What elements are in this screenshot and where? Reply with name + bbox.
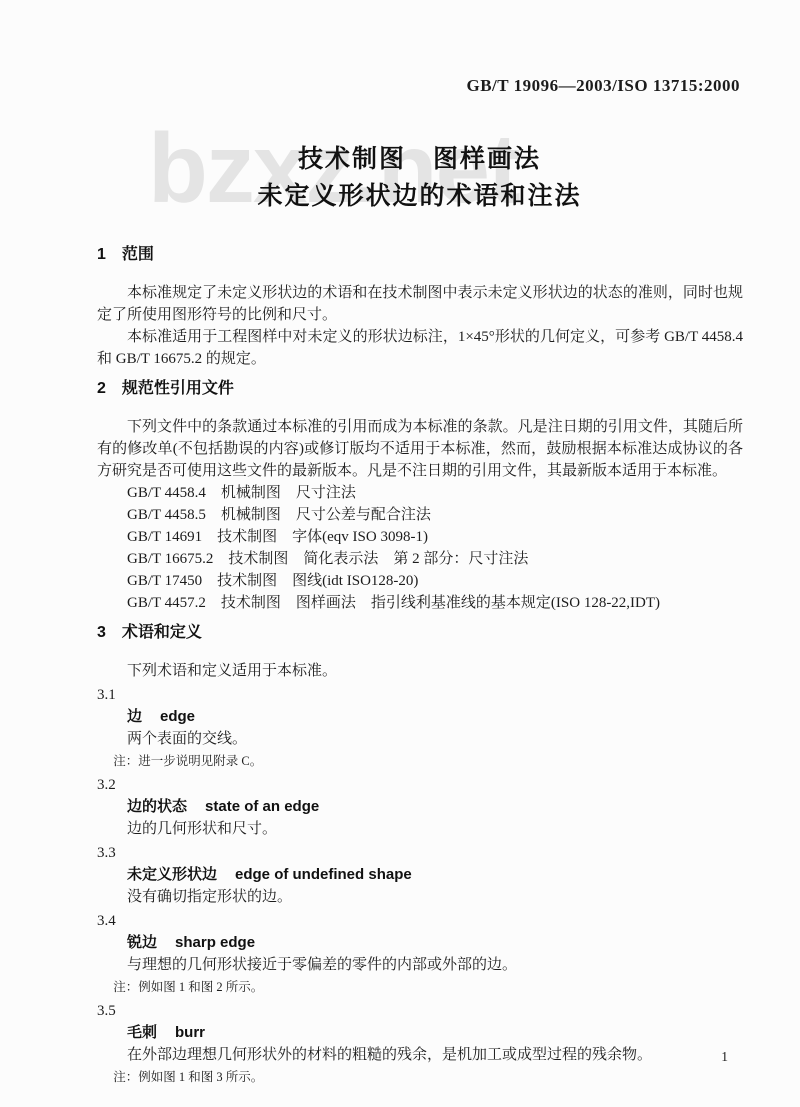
title-line-2: 未定义形状边的术语和注法	[97, 178, 742, 215]
term-name: 边edge	[97, 706, 743, 728]
term-en: edge of undefined shape	[235, 866, 412, 883]
term-zh: 边	[127, 708, 142, 725]
term-number: 3.3	[97, 842, 743, 864]
reference-item: GB/T 4458.5 机械制图 尺寸公差与配合注法	[97, 504, 743, 526]
standard-document-page: bzxz.net GB/T 19096—2003/ISO 13715:2000 …	[0, 0, 800, 1107]
term-zh: 毛刺	[127, 1024, 157, 1041]
reference-item: GB/T 4457.2 技术制图 图样画法 指引线利基准线的基本规定(ISO 1…	[97, 592, 743, 614]
reference-item: GB/T 17450 技术制图 图线(idt ISO128-20)	[97, 570, 743, 592]
term-en: state of an edge	[205, 798, 319, 815]
term-entry-3-5: 3.5 毛刺burr 在外部边理想几何形状外的材料的粗糙的残余，是机加工或成型过…	[97, 1000, 743, 1088]
term-definition: 两个表面的交线。	[97, 728, 743, 750]
term-zh: 锐边	[127, 934, 157, 951]
term-entry-3-3: 3.3 未定义形状边edge of undefined shape 没有确切指定…	[97, 842, 743, 908]
term-note: 注：例如图 1 和图 2 所示。	[97, 976, 743, 998]
standard-number: GB/T 19096—2003/ISO 13715:2000	[467, 76, 741, 96]
section-2-heading: 2 规范性引用文件	[97, 379, 743, 399]
section-1-paragraph-1: 本标准规定了未定义形状边的术语和在技术制图中表示未定义形状边的状态的准则，同时也…	[97, 282, 743, 326]
term-number: 3.1	[97, 684, 743, 706]
term-entry-3-1: 3.1 边edge 两个表面的交线。 注：进一步说明见附录 C。	[97, 684, 743, 772]
section-1-heading: 1 范围	[97, 245, 743, 265]
term-number: 3.5	[97, 1000, 743, 1022]
term-entry-3-2: 3.2 边的状态state of an edge 边的几何形状和尺寸。	[97, 774, 743, 840]
term-note: 注：进一步说明见附录 C。	[97, 750, 743, 772]
title-line-1: 技术制图 图样画法	[97, 141, 742, 178]
term-definition: 与理想的几何形状接近于零偏差的零件的内部或外部的边。	[97, 954, 743, 976]
term-note: 注：例如图 1 和图 3 所示。	[97, 1066, 743, 1088]
term-definition: 没有确切指定形状的边。	[97, 886, 743, 908]
reference-item: GB/T 16675.2 技术制图 简化表示法 第 2 部分：尺寸注法	[97, 548, 743, 570]
term-en: edge	[160, 708, 195, 725]
term-definition: 边的几何形状和尺寸。	[97, 818, 743, 840]
term-name: 锐边sharp edge	[97, 932, 743, 954]
reference-item: GB/T 14691 技术制图 字体(eqv ISO 3098-1)	[97, 526, 743, 548]
term-entry-3-4: 3.4 锐边sharp edge 与理想的几何形状接近于零偏差的零件的内部或外部…	[97, 910, 743, 998]
term-name: 未定义形状边edge of undefined shape	[97, 864, 743, 886]
document-body: 1 范围 本标准规定了未定义形状边的术语和在技术制图中表示未定义形状边的状态的准…	[97, 236, 743, 1088]
term-zh: 边的状态	[127, 798, 187, 815]
term-number: 3.4	[97, 910, 743, 932]
normative-references-list: GB/T 4458.4 机械制图 尺寸注法 GB/T 4458.5 机械制图 尺…	[97, 482, 743, 614]
section-1-paragraph-2: 本标准适用于工程图样中对未定义的形状边标注，1×45°形状的几何定义，可参考 G…	[97, 326, 743, 370]
term-zh: 未定义形状边	[127, 866, 217, 883]
term-en: burr	[175, 1024, 205, 1041]
section-3-intro: 下列术语和定义适用于本标准。	[97, 660, 743, 682]
page-number: 1	[721, 1049, 728, 1065]
reference-item: GB/T 4458.4 机械制图 尺寸注法	[97, 482, 743, 504]
term-number: 3.2	[97, 774, 743, 796]
section-3-heading: 3 术语和定义	[97, 623, 743, 643]
document-title: 技术制图 图样画法 未定义形状边的术语和注法	[97, 141, 742, 215]
term-name: 毛刺burr	[97, 1022, 743, 1044]
term-definition: 在外部边理想几何形状外的材料的粗糙的残余，是机加工或成型过程的残余物。	[97, 1044, 743, 1066]
section-2-paragraph-1: 下列文件中的条款通过本标准的引用而成为本标准的条款。凡是注日期的引用文件，其随后…	[97, 416, 743, 482]
term-en: sharp edge	[175, 934, 255, 951]
term-name: 边的状态state of an edge	[97, 796, 743, 818]
